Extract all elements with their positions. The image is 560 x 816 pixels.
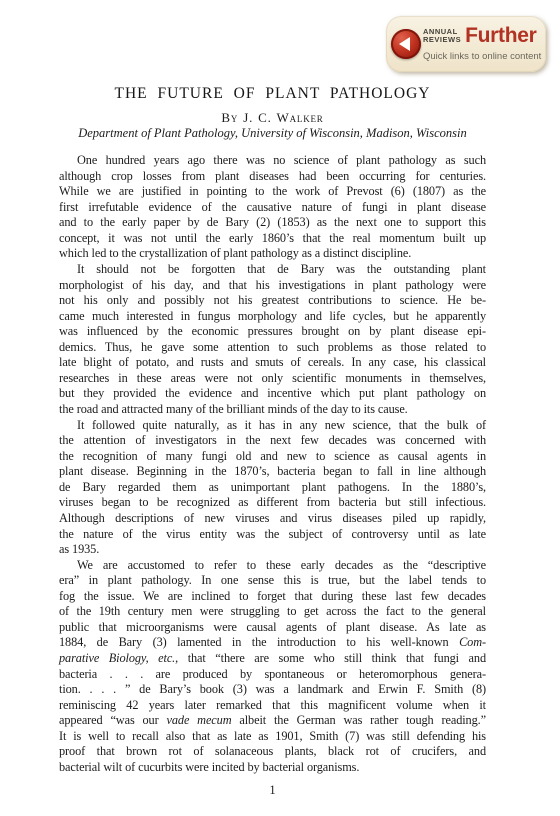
text-line: as 1935. bbox=[59, 542, 486, 558]
text-line: It is well to recall also that as late a… bbox=[59, 729, 486, 745]
text-line: late blight of potato, and rusts and smu… bbox=[59, 355, 486, 371]
text-line: researches in these areas were not only … bbox=[59, 371, 486, 387]
text-line: was influenced by the economic pressures… bbox=[59, 324, 486, 340]
article-body: One hundred years ago there was no scien… bbox=[59, 153, 486, 776]
paragraph: It followed quite naturally, as it has i… bbox=[59, 418, 486, 558]
text-line: While we are justified in pointing to th… bbox=[59, 184, 486, 200]
text-line: concept, it was not until the early 1860… bbox=[59, 231, 486, 247]
text-line: parative Biology, etc., that “there are … bbox=[59, 651, 486, 667]
text-line: although crop losses from plant diseases… bbox=[59, 169, 486, 185]
text-line: 1884, de Bary (3) lamented in the introd… bbox=[59, 635, 486, 651]
page-number: 1 bbox=[59, 783, 486, 798]
paragraph: We are accustomed to refer to these earl… bbox=[59, 558, 486, 776]
text-line: fog the issue. We are inclined to forget… bbox=[59, 589, 486, 605]
text-line: the attention of investigators in the ne… bbox=[59, 433, 486, 449]
text-line: bacterial wilt of cucurbits were incited… bbox=[59, 760, 486, 776]
text-line: morphologist of his day, and that his in… bbox=[59, 278, 486, 294]
text-line: It should not be forgotten that de Bary … bbox=[59, 262, 486, 278]
text-line: not his only and possibly not his greate… bbox=[59, 293, 486, 309]
text-line: the road and attracted many of the brill… bbox=[59, 402, 486, 418]
journal-page: ANNUAL REVIEWS Further Quick links to on… bbox=[0, 0, 560, 816]
text-line: viruses began to be recognized as differ… bbox=[59, 495, 486, 511]
text-line: came much interested in fungus morpholog… bbox=[59, 309, 486, 325]
text-line: and to the early paper by de Bary (2) (1… bbox=[59, 215, 486, 231]
paragraph: It should not be forgotten that de Bary … bbox=[59, 262, 486, 418]
text-line: first irrefutable evidence of the causat… bbox=[59, 200, 486, 216]
article-byline: By J. C. Walker bbox=[59, 110, 486, 125]
text-line: Although descriptions of new viruses and… bbox=[59, 511, 486, 527]
text-line: One hundred years ago there was no scien… bbox=[59, 153, 486, 169]
article: THE FUTURE OF PLANT PATHOLOGY By J. C. W… bbox=[59, 0, 486, 798]
text-line: which led to the crystallization of plan… bbox=[59, 246, 486, 262]
text-line: of the 19th century men were struggling … bbox=[59, 604, 486, 620]
text-line: bacteria . . . are produced by spontaneo… bbox=[59, 667, 486, 683]
text-line: the nature of the virus entity was the s… bbox=[59, 527, 486, 543]
text-line: plant disease. Beginning in the 1870’s, … bbox=[59, 464, 486, 480]
text-line: appeared “was our vade mecum albeit the … bbox=[59, 713, 486, 729]
article-affiliation: Department of Plant Pathology, Universit… bbox=[59, 126, 486, 141]
text-line: We are accustomed to refer to these earl… bbox=[59, 558, 486, 574]
article-title: THE FUTURE OF PLANT PATHOLOGY bbox=[59, 85, 486, 103]
text-line: proof that brown rot of solanaceous plan… bbox=[59, 744, 486, 760]
text-line: the recognition of many fungi old and ne… bbox=[59, 449, 486, 465]
text-line: reminiscing 42 years later remarked that… bbox=[59, 698, 486, 714]
paragraph: One hundred years ago there was no scien… bbox=[59, 153, 486, 262]
text-line: de Bary regarded them as unimportant pla… bbox=[59, 480, 486, 496]
text-line: tion. . . . ” de Bary’s book (3) was a l… bbox=[59, 682, 486, 698]
text-line: demics. Thus, he gave some attention to … bbox=[59, 340, 486, 356]
text-line: era” in plant pathology. In one sense th… bbox=[59, 573, 486, 589]
text-line: public that microorganisms were causal a… bbox=[59, 620, 486, 636]
text-line: but they provided the evidence and incen… bbox=[59, 386, 486, 402]
text-line: It followed quite naturally, as it has i… bbox=[59, 418, 486, 434]
